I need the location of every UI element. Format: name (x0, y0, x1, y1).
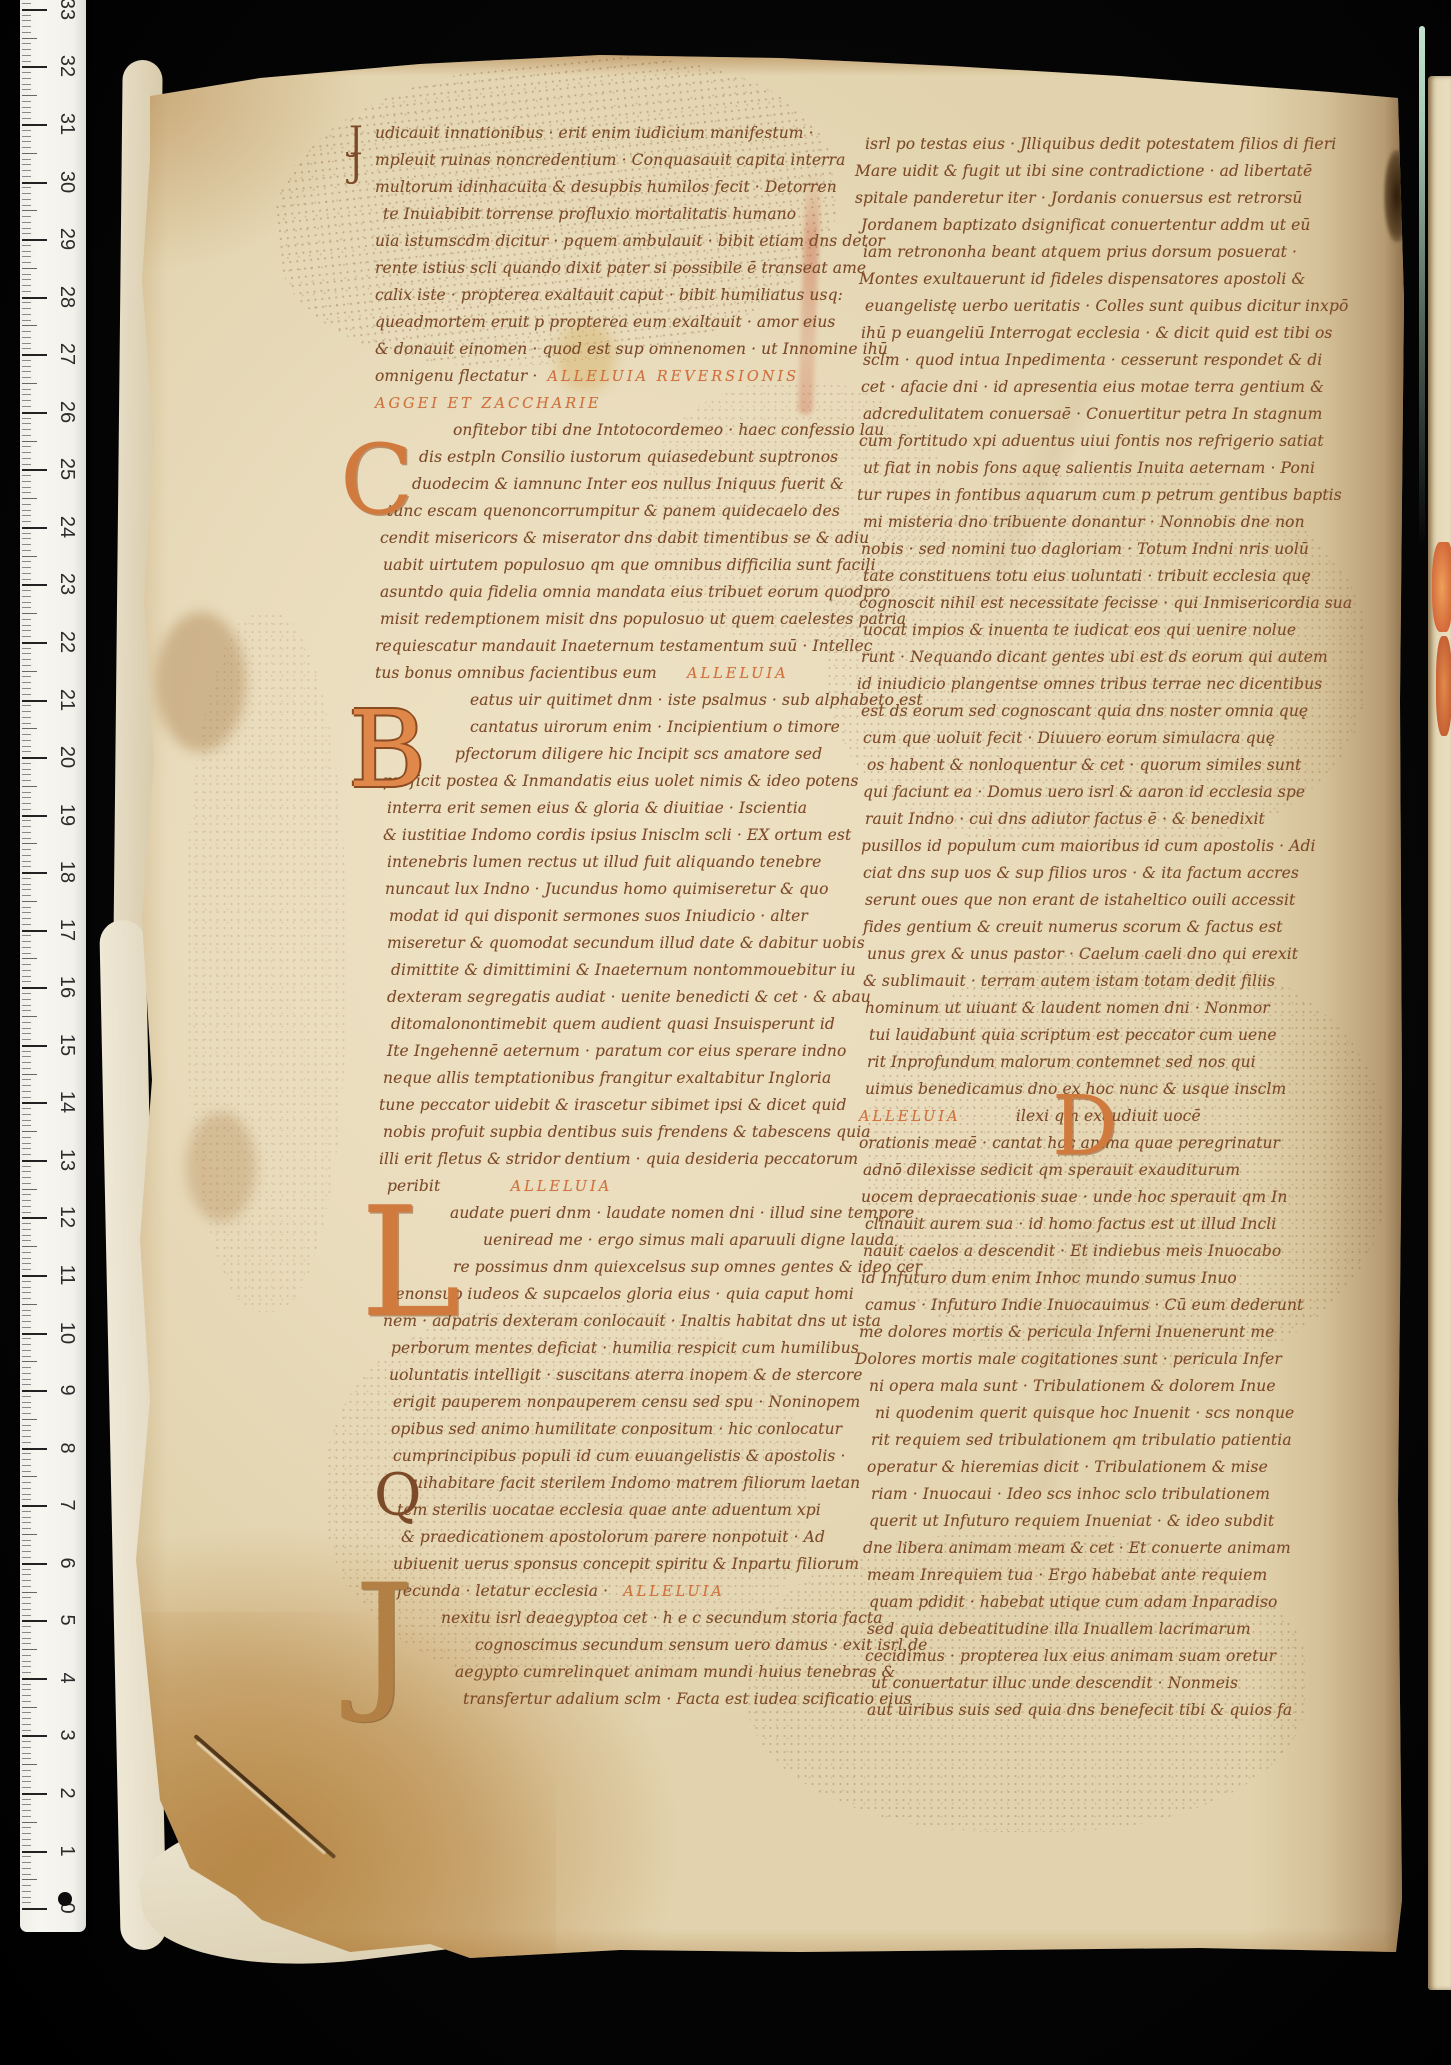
body-text: fides gentium & creuit numerus scorum & … (863, 918, 1283, 936)
text-line: adcredulitatem conuersaē · Conuertitur p… (855, 401, 1352, 428)
ruler-tick (22, 895, 31, 896)
ruler-tick (22, 538, 31, 539)
ruler-tick (22, 1511, 31, 1512)
body-text: & praedicationem apostolorum parere nonp… (401, 1528, 825, 1546)
ruler-tick (22, 1707, 37, 1708)
ruler-number: 28 (56, 284, 78, 310)
body-text: tune peccator uidebit & irascetur sibime… (379, 1096, 846, 1114)
ruler-tick (22, 400, 31, 401)
ruler-tick (22, 1488, 31, 1489)
body-text: nobis profuit supbia dentibus suis frend… (383, 1123, 871, 1141)
ruler-tick (22, 383, 37, 384)
ruler-number: 24 (56, 514, 78, 540)
ruler-tick (22, 1240, 31, 1241)
body-text: tur rupes in fontibus aquarum cum p petr… (857, 486, 1342, 504)
ruler-tick (22, 815, 47, 817)
ruler-tick (22, 872, 47, 874)
ruler-tick (22, 797, 31, 798)
ruler-tick (22, 642, 47, 644)
ruler-tick (22, 331, 31, 332)
ruler-tick (22, 723, 31, 724)
ruler-tick (22, 1137, 31, 1138)
ruler-tick (22, 1275, 47, 1277)
glass-edge-reflection (1419, 26, 1425, 546)
body-text: euangelistę uerbo ueritatis · Colles sun… (865, 297, 1348, 315)
ruler-tick (22, 705, 31, 706)
ruler-tick (22, 1574, 31, 1575)
ruler-tick (22, 118, 31, 119)
margin-initial-j-2: J (349, 153, 363, 180)
ruler-tick (22, 55, 31, 56)
body-text: me dolores mortis & pericula Inferni Inu… (859, 1323, 1274, 1341)
ruler-tick (22, 1758, 31, 1759)
body-text: tus bonus omnibus facientibus eum (375, 664, 687, 682)
text-line: & iustitiae Indomo cordis ipsius Inisclm… (375, 822, 927, 849)
ruler-tick (22, 377, 31, 378)
ruler-tick (22, 596, 31, 597)
body-text: cognoscit nihil est necessitate fecisse … (859, 594, 1352, 612)
ruler-tick (22, 1851, 47, 1853)
ruler-tick (22, 1534, 37, 1535)
text-line: cantatus uirorum enim · Incipientium o t… (375, 714, 927, 741)
ruler-tick (22, 360, 31, 361)
ruler-number: 21 (56, 687, 78, 713)
ruler-tick (22, 1678, 47, 1680)
ruler-tick (22, 958, 37, 959)
ruler-tick (22, 1540, 31, 1541)
text-line: rente istius scli quando dixit pater si … (375, 255, 927, 282)
text-line: mpleuit ruinas noncredentium · Conquasau… (375, 147, 927, 174)
ruler-tick (22, 1661, 31, 1662)
ruler-tick (22, 1051, 31, 1052)
ruler-tick (22, 239, 47, 241)
text-line: Montes exultauerunt id fideles dispensat… (855, 266, 1352, 293)
text-line: tune peccator uidebit & irascetur sibime… (375, 1092, 927, 1119)
text-line: id iniudicio plangentse omnes tribus ter… (855, 671, 1352, 698)
ruler-tick (22, 728, 37, 729)
text-line: ubiuenit uerus sponsus concepit spiritu … (375, 1551, 927, 1578)
ruler-tick (22, 700, 47, 702)
ruler-tick (22, 1862, 31, 1863)
body-text: fecunda · letatur ecclesia · (397, 1582, 623, 1600)
ruler-tick (22, 607, 31, 608)
ruler-tick (22, 1879, 37, 1880)
ruler-tick (22, 809, 31, 810)
text-line: multorum idinhacuita & desupbis humilos … (375, 174, 927, 201)
ruler-tick (22, 164, 31, 165)
body-text: duodecim & iamnunc Inter eos nullus Iniq… (412, 475, 844, 493)
ruler-tick (22, 1436, 31, 1437)
ruler-number: 16 (56, 974, 78, 1000)
rubric-text: AGGEI ET ZACCHARIE (375, 396, 602, 412)
ruler-tick (22, 1327, 31, 1328)
body-text: dexteram segregatis audiat · uenite bene… (387, 988, 871, 1006)
ruler-tick (22, 1097, 31, 1098)
text-line: clinauit aurem sua · id homo factus est … (855, 1211, 1352, 1238)
ruler-tick (22, 1033, 31, 1034)
ruler-tick (22, 1114, 31, 1115)
ruler-tick (22, 1442, 31, 1443)
ruler-tick (22, 843, 37, 844)
body-text: requiescatur mandauit Inaeternum testame… (375, 637, 873, 655)
measuring-ruler: 0123456789101112131415161718192021222324… (20, 0, 86, 1932)
body-text: neque allis temptationibus frangitur exa… (383, 1069, 831, 1087)
text-line: Jordanem baptizato dsignificat conuerten… (855, 212, 1352, 239)
body-text: audate pueri dnm · laudate nomen dni · i… (450, 1204, 914, 1222)
ruler-number: 9 (56, 1377, 78, 1403)
body-text: omnigenu flectatur · (375, 367, 548, 385)
text-line: unus grex & unus pastor · Caelum caeli d… (855, 941, 1352, 968)
ruler-tick (22, 1022, 31, 1023)
ruler-tick (22, 199, 31, 200)
ruler-tick (22, 308, 31, 309)
body-text: dimittite & dimittimini & Inaeternum non… (391, 961, 856, 979)
ruler-tick (22, 43, 31, 44)
ruler-tick (22, 274, 31, 275)
ruler-tick (22, 205, 31, 206)
text-line: calix iste · propterea exaltauit caput ·… (375, 282, 927, 309)
ruler-tick (22, 625, 31, 626)
ruler-tick (22, 590, 31, 591)
ruler-tick (22, 1655, 31, 1656)
ruler-tick (22, 343, 31, 344)
text-line: uabit uirtutem populosuo qm que omnibus … (375, 552, 927, 579)
body-text: operatur & hieremias dicit · Tribulation… (867, 1458, 1268, 1476)
body-text: querit ut Infuturo requiem Inueniat · & … (869, 1512, 1274, 1530)
ruler-tick (22, 1638, 31, 1639)
ruler-tick (22, 653, 31, 654)
ruler-tick (22, 1793, 47, 1795)
ruler-tick (22, 884, 31, 885)
ruler-tick (22, 423, 31, 424)
text-line: modat id qui disponit sermones suos Iniu… (375, 903, 927, 930)
body-text: illi erit fletus & stridor dentium · qui… (379, 1150, 858, 1168)
ruler-tick (22, 1183, 31, 1184)
ruler-tick (22, 734, 31, 735)
ruler-tick (22, 1263, 31, 1264)
ruler-tick (22, 1206, 31, 1207)
ruler-tick (22, 711, 31, 712)
ruler-tick (22, 1885, 31, 1886)
ruler-tick (22, 1476, 37, 1477)
body-text: ueniread me · ergo simus mali aparuuli d… (483, 1231, 894, 1249)
text-line: tate constituens totu eius uoluntati · t… (855, 563, 1352, 590)
ruler-tick (22, 1730, 31, 1731)
body-text: & sublimauit · terram autem istam totam … (863, 972, 1275, 990)
text-line: euangelistę uerbo ueritatis · Colles sun… (855, 293, 1352, 320)
ruler-number: 31 (56, 111, 78, 137)
text-line: operatur & hieremias dicit · Tribulation… (855, 1454, 1352, 1481)
ruler-tick (22, 285, 31, 286)
ruler-tick (22, 688, 31, 689)
body-text: Montes exultauerunt id fideles dispensat… (859, 270, 1305, 288)
body-text: nauit caelos a descendit · Et indiebus m… (863, 1242, 1281, 1260)
ruler-tick (22, 769, 31, 770)
ruler-tick (22, 487, 31, 488)
ruler-number: 13 (56, 1147, 78, 1173)
ruler-tick (22, 1091, 31, 1092)
ruler-tick (22, 550, 31, 551)
ruler-tick (22, 527, 47, 529)
text-line: proficit postea & Inmandatis eius uolet … (375, 768, 927, 795)
body-text: ut conuertatur illuc unde descendit · No… (871, 1674, 1238, 1692)
ruler-tick (22, 1131, 37, 1132)
text-line: & sublimauit · terram autem istam totam … (855, 968, 1352, 995)
ruler-tick (22, 1712, 31, 1713)
ruler-tick (22, 9, 47, 11)
ruler-number: 23 (56, 571, 78, 597)
ruler-tick (22, 935, 31, 936)
text-line: ni quodenim querit quisque hoc Inuenit ·… (855, 1400, 1352, 1427)
ruler-tick (22, 1120, 31, 1121)
text-line: tus bonus omnibus facientibus eum ALLELU… (375, 660, 927, 687)
ruler-tick (22, 1338, 31, 1339)
text-line: & donauit einomen · quod est sup omnenom… (375, 336, 927, 363)
body-text: interra erit semen eius & gloria & diuit… (387, 799, 807, 817)
text-line: os habent & nonloquentur & cet · quorum … (855, 752, 1352, 779)
ruler-tick (22, 579, 31, 580)
text-line: tunc escam quenoncorrumpitur & panem qui… (375, 498, 927, 525)
ruler-tick (22, 1453, 31, 1454)
text-line: neque allis temptationibus frangitur exa… (375, 1065, 927, 1092)
ruler-tick (22, 1741, 31, 1742)
ruler-tick (22, 1804, 31, 1805)
ruler-tick (22, 458, 31, 459)
rubric-text: ALLELUIA (687, 666, 789, 682)
margin-initial-q: Q (374, 1472, 422, 1518)
ruler-tick (22, 95, 37, 96)
ruler-tick (22, 993, 31, 994)
ruler-tick (22, 348, 31, 349)
ruler-tick (22, 302, 31, 303)
body-text: cet · afacie dni · id apresentia eius mo… (861, 378, 1324, 396)
body-text: unus grex & unus pastor · Caelum caeli d… (867, 945, 1298, 963)
text-line: camus · Infuturo Indie Inuocauimus · Cū … (855, 1292, 1352, 1319)
ruler-tick (22, 1827, 31, 1828)
ruler-tick (22, 492, 31, 493)
ruler-tick (22, 268, 37, 269)
text-line: erigit pauperem nonpauperem censu sed sp… (375, 1389, 927, 1416)
ruler-tick (22, 1016, 37, 1017)
ruler-tick (22, 245, 31, 246)
ruler-tick (22, 1649, 37, 1650)
body-text: asuntdo quia fidelia omnia mandata eius … (380, 583, 890, 601)
ruler-tick (22, 1005, 31, 1006)
ruler-tick (22, 1298, 31, 1299)
ruler-tick (22, 1252, 31, 1253)
ruler-tick (22, 1189, 37, 1190)
body-text: tui laudabunt quia scriptum est peccator… (869, 1026, 1277, 1044)
text-line: isrl po testas eius · Jlliquibus dedit p… (855, 131, 1352, 158)
text-line: Dolores mortis male cogitationes sunt · … (855, 1346, 1352, 1373)
text-line: Mare uidit & fugit ut ibi sine contradic… (855, 158, 1352, 185)
text-line: fecunda · letatur ecclesia · ALLELUIA (375, 1578, 927, 1605)
ruler-tick (22, 1287, 31, 1288)
ruler-tick (22, 826, 31, 827)
ruler-tick (22, 1269, 31, 1270)
text-line: cognoscit nihil est necessitate fecisse … (855, 590, 1352, 617)
ruler-tick (22, 1425, 31, 1426)
ruler-tick (22, 999, 31, 1000)
body-text: ni quodenim querit quisque hoc Inuenit ·… (875, 1404, 1294, 1422)
text-line: uocat impios & inuenta te iudicat eos qu… (855, 617, 1352, 644)
ruler-tick (22, 1499, 31, 1500)
text-line: aut uiribus suis sed quia dns benefecit … (855, 1697, 1352, 1724)
body-text: pusillos id populum cum maioribus id cum… (861, 837, 1316, 855)
ruler-tick (22, 1482, 31, 1483)
ruler-tick (22, 1246, 37, 1247)
ruler-tick (22, 1413, 31, 1414)
ruler-number: 26 (56, 399, 78, 425)
ruler-tick (22, 1689, 31, 1690)
ruler-tick (22, 1592, 37, 1593)
ruler-tick (22, 1643, 31, 1644)
ruler-tick (22, 141, 31, 142)
ruler-tick (22, 1603, 31, 1604)
ruler-tick (22, 1465, 31, 1466)
drop-cap-l: L (360, 1202, 461, 1324)
rubric-text: ALLELUIA (859, 1109, 961, 1125)
ruler-tick (22, 544, 31, 545)
text-line: misit redemptionem misit dns populosuo u… (375, 606, 927, 633)
ruler-tick (22, 907, 31, 908)
ruler-tick (22, 613, 37, 614)
body-text: uocat impios & inuenta te iudicat eos qu… (863, 621, 1296, 639)
ruler-tick (22, 1217, 47, 1219)
facing-page-initial-fragment (1436, 636, 1451, 736)
ruler-tick (22, 1102, 47, 1104)
ruler-tick (22, 210, 37, 211)
ruler-tick (22, 682, 31, 683)
ruler-tick (22, 757, 47, 759)
ruler-tick (22, 1258, 31, 1259)
ruler-tick (22, 1799, 31, 1800)
ruler-tick (22, 1304, 37, 1305)
text-line: onfitebor tibi dne Intotocordemeo · haec… (375, 417, 927, 444)
ruler-tick (22, 648, 31, 649)
body-text: erigit pauperem nonpauperem censu sed sp… (393, 1393, 860, 1411)
ruler-tick (22, 1373, 31, 1374)
ruler-number: 15 (56, 1032, 78, 1058)
ruler-tick (22, 1586, 31, 1587)
ruler-number: 12 (56, 1204, 78, 1230)
text-line: hominum ut uiuant & laudent nomen dni · … (855, 995, 1352, 1022)
ruler-tick (22, 412, 47, 414)
text-line: tem sterilis uocatae ecclesia quae ante … (375, 1497, 927, 1524)
body-text: aegypto cumrelinquet animam mundi huius … (455, 1663, 895, 1681)
ruler-tick (22, 780, 31, 781)
ruler-tick (22, 418, 31, 419)
ruler-tick (22, 262, 31, 263)
ruler-tick (22, 671, 37, 672)
body-text: transfertur adalium sclm · Facta est iud… (463, 1690, 912, 1708)
ruler-tick (22, 924, 31, 925)
ruler-tick (22, 1897, 31, 1898)
ruler-tick (22, 1056, 31, 1057)
drop-cap-b: B (348, 708, 426, 793)
text-line: fides gentium & creuit numerus scorum & … (855, 914, 1352, 941)
ruler-tick (22, 1471, 31, 1472)
text-line: pusillos id populum cum maioribus id cum… (855, 833, 1352, 860)
body-text: cendit misericors & miserator dns dabit … (380, 529, 869, 547)
text-line: nuncaut lux Indno · Jucundus homo quimis… (375, 876, 927, 903)
ruler-tick (22, 475, 31, 476)
ruler-tick (22, 389, 31, 390)
ruler-tick (22, 1419, 37, 1420)
ruler-tick (22, 510, 31, 511)
body-text: mpleuit ruinas noncredentium · Conquasau… (375, 151, 846, 169)
body-text: perborum mentes deficiat · humilia respi… (391, 1339, 859, 1357)
body-text: onfitebor tibi dne Intotocordemeo · haec… (453, 421, 884, 439)
body-text: quam pdidit · habebat utique cum adam In… (869, 1593, 1277, 1611)
facing-page-sliver (1428, 76, 1451, 1990)
body-text: cecidimus · propterea lux eius animam su… (865, 1647, 1276, 1665)
ruler-tick (22, 101, 31, 102)
text-line: uoluntatis intelligit · suscitans aterra… (375, 1362, 927, 1389)
ruler-tick (22, 556, 37, 557)
text-line: cecidimus · propterea lux eius animam su… (855, 1643, 1352, 1670)
ruler-tick (22, 1609, 31, 1610)
body-text: Ite Ingehennē aeternum · paratum cor eiu… (387, 1042, 846, 1060)
ruler-tick (22, 124, 47, 126)
ruler-tick (22, 751, 31, 752)
body-text: cantatus uirorum enim · Incipientium o t… (470, 718, 840, 736)
body-text: iam retrononha beant atquem prius dorsum… (863, 243, 1297, 261)
ruler-tick (22, 1361, 37, 1362)
body-text: opibus sed animo humilitate conpositum ·… (391, 1420, 842, 1438)
ruler-tick (22, 1747, 31, 1748)
ruler-tick (22, 1235, 31, 1236)
parchment-stain (186, 1112, 256, 1222)
text-line: illi erit fletus & stridor dentium · qui… (375, 1146, 927, 1173)
body-text: ihū p euangeliū Interrogat ecclesia · & … (861, 324, 1332, 342)
ruler-tick (22, 561, 31, 562)
ruler-tick (22, 233, 31, 234)
text-line: iam retrononha beant atquem prius dorsum… (855, 239, 1352, 266)
body-text: uocem depraecationis suae · unde hoc spe… (861, 1188, 1287, 1206)
ruler-tick (22, 1557, 31, 1558)
text-line: duodecim & iamnunc Inter eos nullus Iniq… (375, 471, 927, 498)
text-line: opibus sed animo humilitate conpositum ·… (375, 1416, 927, 1443)
body-text: meam Inrequiem tua · Ergo habebat ante r… (867, 1566, 1267, 1584)
ruler-tick (22, 66, 47, 68)
text-line: te Inuiabibit torrense profluxio mortali… (375, 201, 927, 228)
ruler-tick (22, 26, 31, 27)
ruler-tick (22, 1321, 31, 1322)
ruler-tick (22, 1379, 31, 1380)
ruler-number: 29 (56, 226, 78, 252)
body-text: hominum ut uiuant & laudent nomen dni · … (865, 999, 1270, 1017)
ruler-tick (22, 1735, 47, 1737)
body-text: camus · Infuturo Indie Inuocauimus · Cū … (865, 1296, 1303, 1314)
ruler-tick (22, 1718, 31, 1719)
ruler-tick (22, 619, 31, 620)
ruler-number: 33 (56, 0, 78, 22)
ruler-tick (22, 1672, 31, 1673)
body-text: udicauit innationibus · erit enim iudici… (375, 124, 814, 142)
ruler-tick (22, 976, 31, 977)
ruler-tick (22, 1068, 31, 1069)
body-text: runt · Nequando dicant gentes ubi est ds… (861, 648, 1328, 666)
text-line: riam · Inuocaui · Ideo scs inhoc sclo tr… (855, 1481, 1352, 1508)
ruler-tick (22, 366, 31, 367)
ruler-tick (22, 112, 31, 113)
ruler-tick (22, 1776, 31, 1777)
ruler-tick (22, 803, 31, 804)
ruler-tick (22, 337, 31, 338)
ruler-tick (22, 1171, 31, 1172)
body-text: Mare uidit & fugit ut ibi sine contradic… (855, 162, 1312, 180)
